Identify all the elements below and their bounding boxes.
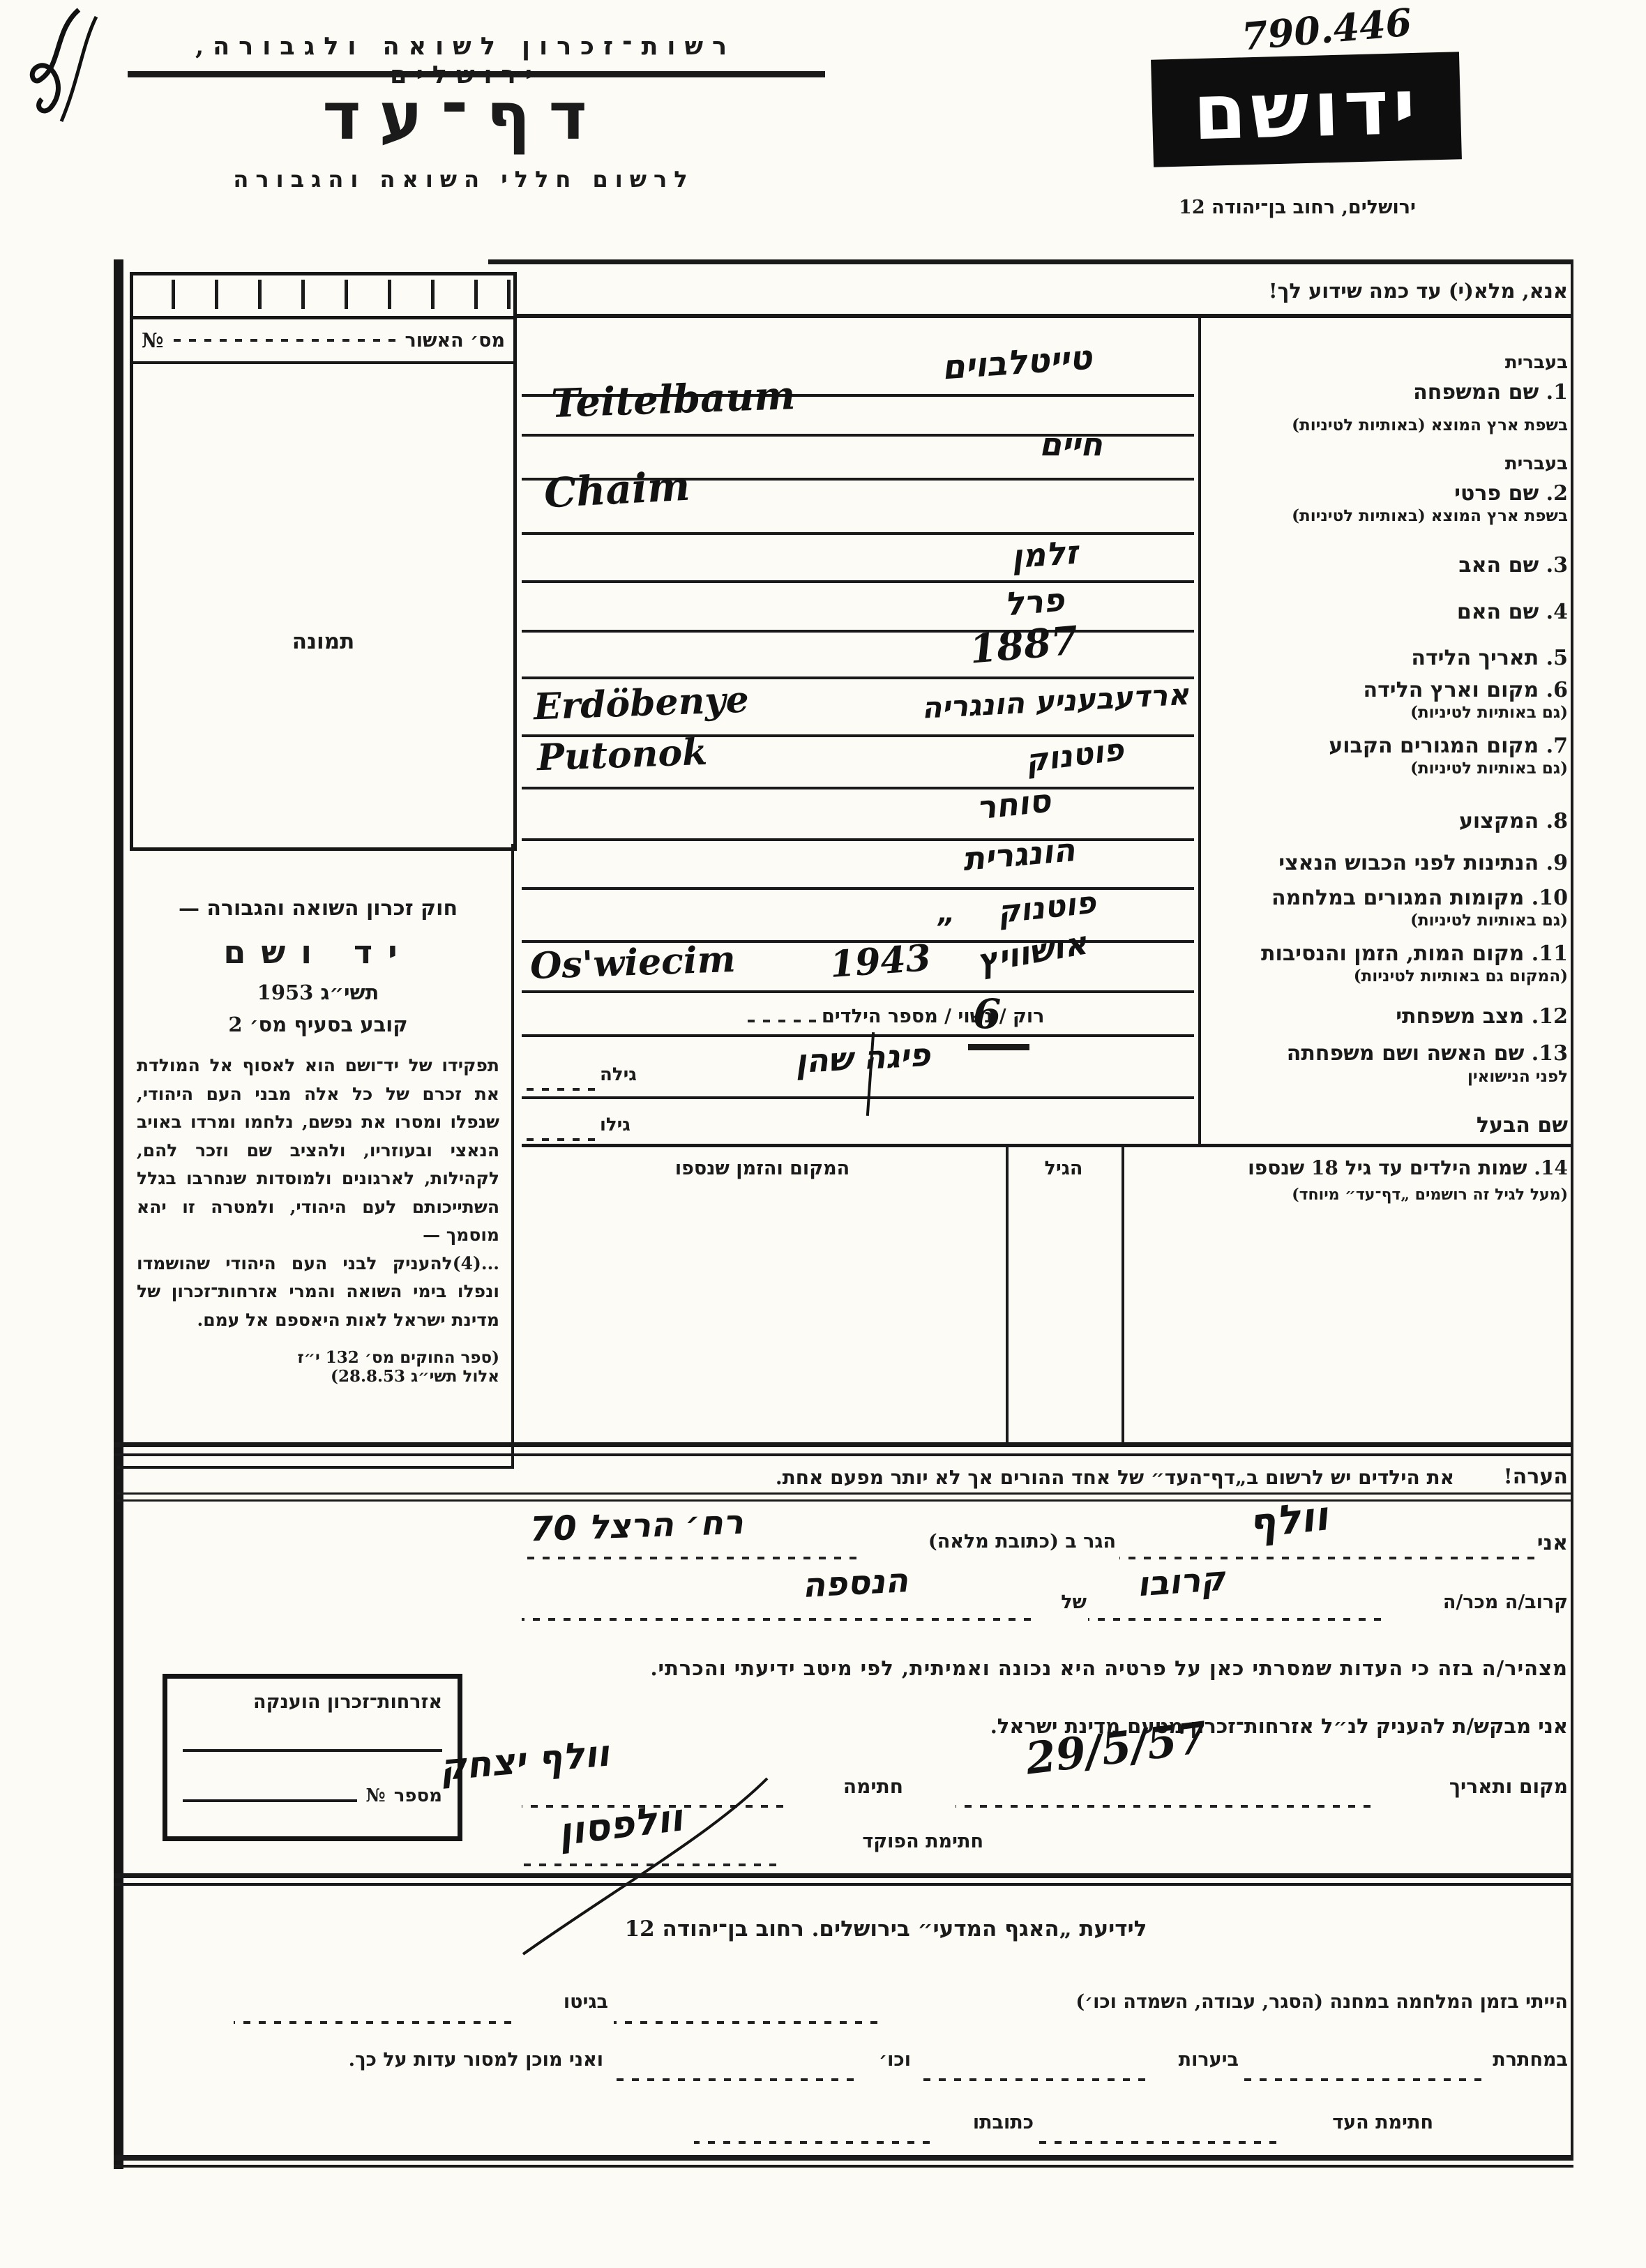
- hw-residence-hebrew: פוטנוק: [1023, 732, 1126, 780]
- marital-options-text: רוק / נשוי / מספר הילדים: [822, 1006, 1044, 1027]
- field-note: (גם באותיות לטיניות): [1410, 703, 1568, 722]
- i-label: אני: [1537, 1531, 1568, 1555]
- field-latin-note: בשפת ארץ המוצא (באותיות לטיניות): [1292, 506, 1568, 525]
- dotted-line: [1243, 2078, 1481, 2081]
- pen-scribble-icon: [13, 3, 117, 142]
- law-title: חוק זכרון השואה והגבורה —: [137, 896, 499, 921]
- official-signature-label: חתימת הפוקד: [785, 1831, 983, 1852]
- value-line: [522, 676, 1194, 679]
- field-label-mother: 4. שם האם: [1457, 600, 1568, 624]
- field-label-marital-status: 12. מצב משפחתי: [1396, 1004, 1568, 1029]
- address-label: הגר ב (כתובת מלאה): [865, 1531, 1116, 1552]
- hw-witness-name: וולף: [1246, 1492, 1331, 1548]
- field-label-husband-name: שם הבעל: [1477, 1113, 1568, 1137]
- hw-wife-name: פיגה שהן: [794, 1036, 931, 1080]
- numero-symbol: №: [365, 1785, 385, 1806]
- hw-birth-place-latin: Erdöbenye: [533, 679, 750, 729]
- place-date-label: מקום ותאריך: [1449, 1775, 1568, 1798]
- rule-line: [117, 1499, 1573, 1502]
- dotted-line: [522, 1138, 595, 1141]
- ruler-tick: [345, 280, 348, 309]
- value-line: [522, 787, 1194, 789]
- yad-vashem-logo: ידושם: [1151, 52, 1462, 167]
- memorial-citizenship-box: אזרחות־זכרון הוענקה מספר №: [163, 1674, 462, 1841]
- column-divider: [511, 844, 514, 1469]
- marital-status-options: רוק / נשוי / מספר הילדים: [739, 1006, 1194, 1027]
- dotted-line: [614, 2021, 877, 2024]
- certificate-number-row: מס׳ האשור №: [133, 319, 513, 364]
- witness-signature-label: חתימת העד: [1283, 2112, 1433, 2133]
- form-title: דף־עד: [199, 78, 729, 155]
- dotted-line: [915, 2078, 1145, 2081]
- column-divider: [1198, 315, 1201, 1145]
- dotted-line: [522, 1618, 1031, 1621]
- dotted-line: [608, 2078, 854, 2081]
- hw-family-name-latin: Teitelbaum: [550, 372, 796, 427]
- dotted-line: [956, 1805, 1371, 1808]
- law-box: חוק זכרון השואה והגבורה — יד ושם תשי״ג 1…: [137, 896, 499, 1386]
- ruler-tick: [431, 280, 435, 309]
- dotted-line: [739, 1020, 816, 1022]
- field-label-residence: 7. מקום המגורים הקבוע: [1329, 734, 1568, 758]
- field-label-war-residence: 10. מקומות המגורים במלחמה: [1271, 886, 1568, 910]
- field-note: לפני הנישואין: [1467, 1067, 1568, 1086]
- note-label: הערה!: [1504, 1465, 1568, 1489]
- rule-line: [183, 1799, 357, 1802]
- fill-instruction: אנא, מלא(י) עד כמה שידוע לך!: [1269, 279, 1568, 303]
- ruler-tick: [215, 280, 218, 309]
- rule-line: [114, 1442, 1573, 1447]
- hw-death-year: 1943: [829, 937, 933, 986]
- forests-label: ביערות: [1149, 2049, 1239, 2071]
- field-lang-label: בעברית: [1505, 453, 1568, 474]
- hw-children-number: 6: [973, 990, 1001, 1038]
- header-rule-line: [128, 71, 825, 77]
- rule-line: [114, 1883, 1573, 1886]
- dotted-line: [522, 1088, 595, 1091]
- field-label-wife-name: 13. שם האשה ושם משפחתה: [1287, 1041, 1568, 1066]
- hw-residence-latin: Putonok: [536, 731, 708, 779]
- value-line: [522, 838, 1194, 841]
- children-table-note: (מעל לגיל זה רושמים „דף־עד״ מיוחד): [1292, 1186, 1568, 1204]
- rule-line: [114, 2155, 1573, 2161]
- husband-age-label: גילו: [600, 1114, 631, 1135]
- right-border-line: [1571, 259, 1573, 2155]
- etc-label: וכו׳: [859, 2049, 911, 2071]
- table-column-line: [1006, 1147, 1009, 1447]
- field-label-profession: 8. המקצוע: [1459, 809, 1568, 833]
- certificate-number-label: מס׳ האשור: [405, 330, 505, 351]
- hw-first-name-latin: Chaim: [543, 462, 691, 517]
- logo-text: ידושם: [1192, 62, 1421, 157]
- field-note: (המקום גם באותיות לטיניות): [1354, 967, 1568, 985]
- field-label-death-place: 11. מקום המות, הזמן והנסיבות: [1261, 942, 1568, 966]
- value-line: [522, 990, 1194, 993]
- form-subtitle: לרשום חללי השואה והגבורה: [185, 166, 743, 192]
- willing-to-testify-label: ואני מוכן למסור עדות על כך.: [227, 2049, 603, 2071]
- column-header-age: הגיל: [1009, 1158, 1119, 1179]
- law-section: קובע בסעיף מס׳ 2: [137, 1013, 499, 1036]
- field-label-birth-place: 6. מקום וארץ הלידה: [1363, 678, 1568, 702]
- underground-label: במחתרת: [1493, 2049, 1568, 2071]
- hw-relationship-of: הנספה: [801, 1561, 909, 1605]
- rule-line: [114, 1453, 1573, 1456]
- rule-line: [117, 1466, 514, 1469]
- ruler-strip: [133, 275, 513, 319]
- law-name: יד ושם: [137, 933, 499, 971]
- registry-number-handwritten: 790.446: [1240, 0, 1414, 59]
- daf-ed-testimony-page: רשות־זכרון לשואה ולגבורה, ירושלים דף־עד …: [0, 0, 1646, 2268]
- ruler-tick: [507, 280, 511, 309]
- hw-death-place-hebrew: אושוויץ: [974, 924, 1090, 981]
- dotted-line: [1119, 1557, 1534, 1559]
- rule-line: [183, 1749, 442, 1752]
- law-year: תשי״ג 1953: [137, 981, 499, 1004]
- attention-line: לידיעת „האגף המדעי״ בירושלים. רחוב בן־יה…: [446, 1917, 1325, 1942]
- table-top-line: [522, 1144, 1573, 1147]
- photo-panel: מס׳ האשור № תמונה: [130, 272, 517, 851]
- value-line: [522, 580, 1194, 583]
- field-label-citizenship: 9. הנתינות לפני הכבוש הנאצי: [1278, 851, 1568, 875]
- dotted-line: [234, 2021, 511, 2024]
- numero-symbol: №: [142, 328, 164, 352]
- law-paragraph-1: תפקידו של יד־ושם הוא לאסוף אל המולדת את …: [137, 1052, 499, 1250]
- hw-profession: סוחר: [974, 782, 1052, 827]
- law-reference: (ספר החוקים מס׳ 132 י״ז אלול תשי״ג 28.8.…: [269, 1348, 499, 1386]
- field-note: (גם באותיות לטיניות): [1410, 759, 1568, 778]
- hw-birth-place-hebrew: ארדעבעניע הונגריה: [808, 677, 1190, 731]
- rule-line: [488, 259, 1573, 264]
- field-label-birth-date: 5. תאריך הלידה: [1411, 646, 1568, 670]
- hw-first-name-hebrew: חיים: [1039, 425, 1103, 463]
- of-label: של: [1038, 1592, 1087, 1613]
- field-label-father: 3. שם האב: [1458, 553, 1568, 577]
- dotted-line: [174, 339, 395, 342]
- ruler-tick: [388, 280, 391, 309]
- ruler-tick: [258, 280, 262, 309]
- value-line: [522, 630, 1194, 633]
- value-line: [522, 532, 1194, 535]
- hw-witness-address: רח׳ הרצל 70: [529, 1503, 743, 1550]
- wife-age-label: גילה: [600, 1064, 637, 1085]
- camps-label: הייתי בזמן המלחמה במחנה (הסגר, עבודה, הש…: [1075, 1991, 1568, 2013]
- column-header-place: המקום והזמן שנספו: [522, 1158, 1003, 1179]
- field-lang-label: בעברית: [1505, 352, 1568, 373]
- hw-family-name-hebrew: טייטלבוים: [940, 338, 1093, 388]
- value-line: [522, 1034, 1194, 1037]
- hw-relationship: קרובו: [1135, 1559, 1226, 1605]
- field-label-first-name: 2. שם פרטי: [1454, 481, 1568, 506]
- rule-line: [114, 2165, 1573, 2168]
- hw-birth-date: 1887: [967, 617, 1080, 672]
- photo-placeholder-label: תמונה: [133, 364, 513, 654]
- underline-mark: [968, 1044, 1029, 1050]
- citizenship-number-label: מספר: [394, 1785, 442, 1806]
- dotted-line: [694, 2141, 930, 2144]
- ruler-tick: [172, 280, 175, 309]
- value-line: [522, 1096, 1194, 1099]
- hw-mother-name: פרל: [1003, 580, 1066, 623]
- rule-line: [114, 1873, 1573, 1878]
- signature-label: חתימה: [792, 1775, 903, 1798]
- rule-line: [516, 314, 1573, 318]
- dotted-line: [1039, 2141, 1276, 2144]
- ghetto-label: בגיטו: [518, 1991, 608, 2013]
- declaration-text: מצהיר/ה בזה כי העדות שמסרתי כאן על פרטיה…: [650, 1656, 1568, 1680]
- citizenship-number-row: מספר №: [183, 1785, 442, 1806]
- ruler-tick: [474, 280, 478, 309]
- citizenship-box-title: אזרחות־זכרון הוענקה: [183, 1691, 442, 1713]
- rule-line: [117, 1492, 1573, 1495]
- dotted-line: [1088, 1618, 1381, 1621]
- relation-label: קרוב/ה מכר/ה: [1443, 1592, 1568, 1613]
- children-table-label: 14. שמות הילדים עד גיל 18 שנספו: [1248, 1156, 1568, 1179]
- ruler-tick: [301, 280, 305, 309]
- table-column-line: [1122, 1147, 1124, 1447]
- dotted-line: [522, 1557, 856, 1559]
- law-paragraph-2: ...(4)להעניק לבני העם היהודי שהושמדו ונפ…: [137, 1250, 499, 1335]
- office-address: ירושלים, רחוב בן־יהודה 12: [1116, 197, 1479, 218]
- hw-ditto-mark: „: [938, 898, 955, 929]
- field-label-family-name: 1. שם המשפחה: [1413, 380, 1568, 405]
- field-latin-note: בשפת ארץ המוצא (באותיות לטיניות): [1292, 416, 1568, 434]
- witness-address-label: כתובתו: [935, 2112, 1034, 2133]
- field-note: (גם באותיות לטיניות): [1410, 911, 1568, 930]
- note-text: את הילדים יש לרשום ב„דף־העד״ של אחד ההור…: [776, 1466, 1454, 1489]
- hw-father-name: זלמן: [1010, 534, 1079, 576]
- hw-death-place-latin: Os'wiecim: [529, 938, 736, 988]
